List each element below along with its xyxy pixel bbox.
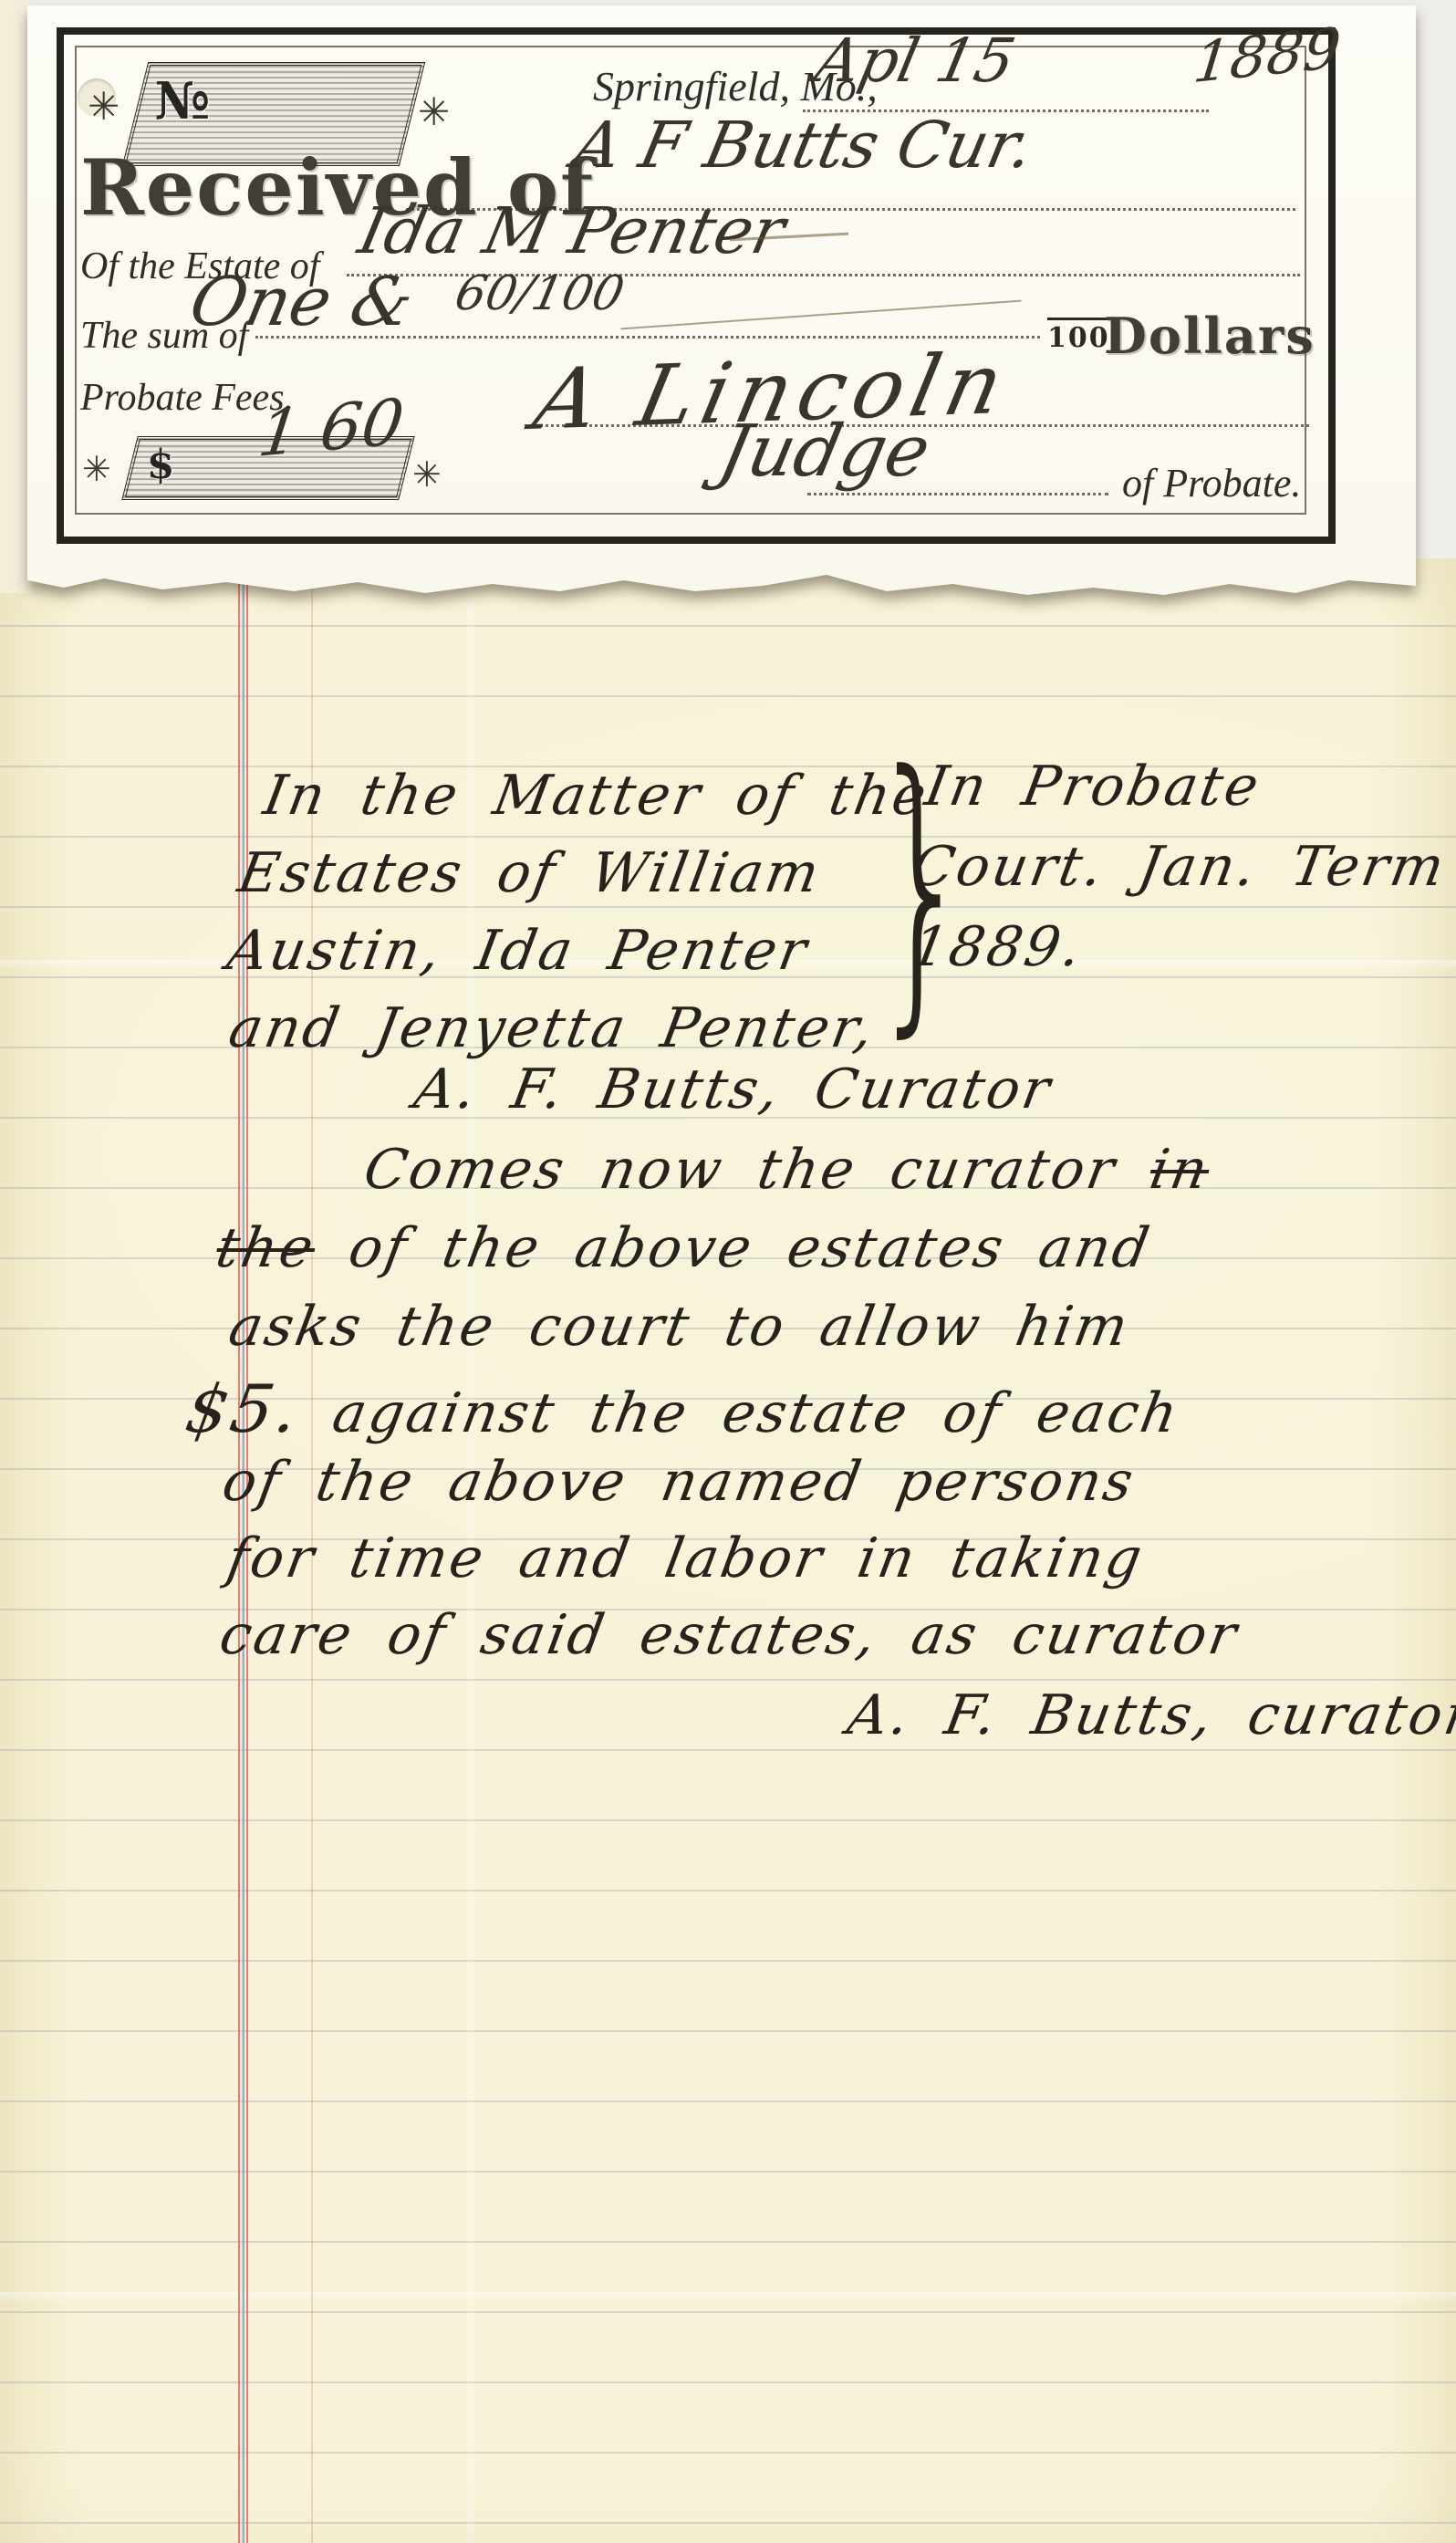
body-line-3: asks the court to allow him	[225, 1299, 1135, 1354]
body-line-1-struck-word: in	[1145, 1138, 1214, 1202]
caption-line-2: Estates of William	[234, 846, 826, 901]
body-line-2-struck-word: the	[212, 1216, 321, 1280]
ornament-left-icon: ✳	[88, 84, 120, 129]
curator-signature: A. F. Butts, curator.	[844, 1688, 1456, 1743]
receipt-sheet-wrap: ✳ № ✳ Springfield, Mo., Apl 15 1889 Rece…	[27, 5, 1416, 599]
body-line-1: Comes now the curator in	[360, 1142, 1214, 1197]
body-line-5: of the above named persons	[219, 1454, 1139, 1509]
judge-handwritten: Judge	[713, 416, 936, 487]
body-line-2: the of the above estates and	[213, 1221, 1156, 1276]
body-line-4: $5. against the estate of each	[182, 1376, 1186, 1442]
amount-ornament-right-icon: ✳	[412, 454, 442, 495]
sum-value-words: One &	[184, 268, 419, 336]
court-line-2: Court. Jan. Term	[908, 839, 1451, 894]
fraction-denominator: 100	[1047, 318, 1110, 354]
caption-line-1: In the Matter of the	[260, 768, 933, 823]
receipt-sheet: ✳ № ✳ Springfield, Mo., Apl 15 1889 Rece…	[27, 5, 1416, 599]
amount-symbol: $	[147, 442, 175, 488]
received-of-value: A F Butts Cur.	[568, 113, 1039, 177]
court-line-3: 1889.	[908, 920, 1087, 974]
ledger-page: In the Matter of the Estates of William …	[0, 558, 1456, 2543]
body-line-1-text: Comes now the curator	[359, 1138, 1122, 1202]
court-line-1: In Probate	[921, 759, 1265, 814]
caption-line-4: and Jenyetta Penter,	[225, 1001, 880, 1056]
ornament-right-icon: ✳	[418, 89, 450, 134]
body-line-6: for time and labor in taking	[224, 1531, 1149, 1586]
fold-crease-lower	[0, 2292, 1456, 2303]
caption-line-3: Austin, Ida Penter	[224, 923, 814, 978]
amount-value: 1 60	[255, 390, 407, 465]
underlying-sheet-edge	[0, 0, 31, 593]
sum-value-fraction: 60/100	[451, 270, 628, 318]
date-handwritten: Apl 15	[810, 31, 1020, 91]
number-symbol: №	[154, 71, 210, 131]
dollars-label: Dollars	[1104, 307, 1316, 365]
year-handwritten: 1889	[1191, 20, 1343, 91]
estate-value: Ida M Penter	[354, 199, 791, 263]
scanned-document: In the Matter of the Estates of William …	[0, 0, 1456, 2543]
of-probate-label: of Probate.	[1122, 460, 1301, 506]
body-line-2-text: of the above estates and	[344, 1216, 1156, 1280]
amount-ornament-left-icon: ✳	[82, 449, 111, 489]
petition-heading: A. F. Butts, Curator	[411, 1062, 1056, 1117]
body-line-7: care of said estates, as curator	[216, 1608, 1243, 1662]
judge-fill-line	[807, 493, 1108, 495]
body-line-4-text: against the estate of each	[328, 1381, 1185, 1445]
fee-amount: $5.	[181, 1371, 307, 1447]
